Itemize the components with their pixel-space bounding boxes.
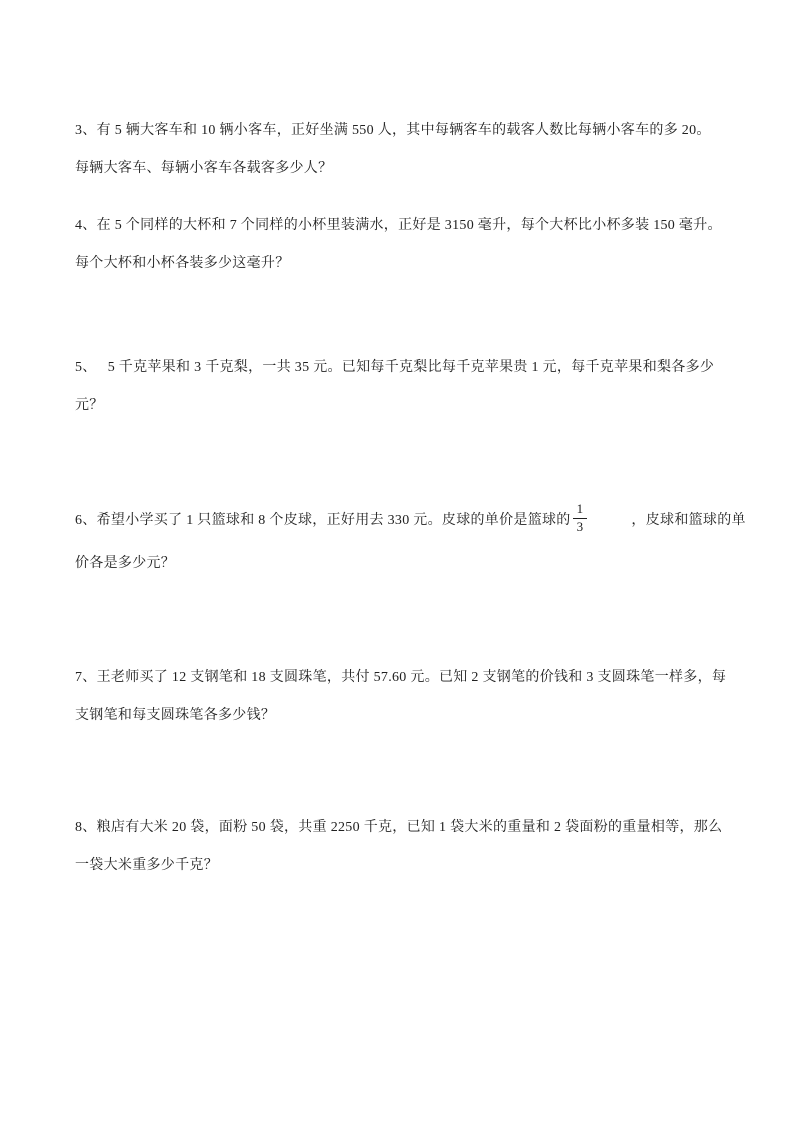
problem-6-line-1: 6、希望小学买了 1 只篮球和 8 个皮球，正好用去 330 元。皮球的单价是篮…	[75, 497, 733, 545]
worksheet-page: 3、有 5 辆大客车和 10 辆小客车，正好坐满 550 人，其中每辆客车的载客…	[0, 0, 793, 1122]
problem-3-line-2: 每辆大客车、每辆小客车各载客多少人？	[75, 150, 733, 188]
problem-7-line-1: 7、王老师买了 12 支钢笔和 18 支圆珠笔，共付 57.60 元。已知 2 …	[75, 659, 733, 697]
problem-3-line-1: 3、有 5 辆大客车和 10 辆小客车，正好坐满 550 人，其中每辆客车的载客…	[75, 112, 733, 150]
fraction-denominator: 3	[573, 519, 588, 535]
fraction-numerator: 1	[573, 502, 588, 519]
worksheet-content: 3、有 5 辆大客车和 10 辆小客车，正好坐满 550 人，其中每辆客车的载客…	[0, 0, 793, 885]
problem-5: 5、 5 千克苹果和 3 千克梨，一共 35 元。已知每千克梨比每千克苹果贵 1…	[75, 349, 733, 425]
problem-6-line-2: 价各是多少元？	[75, 545, 733, 583]
problem-6-line-1-suffix: ，皮球和篮球的单	[631, 513, 745, 528]
problem-7: 7、王老师买了 12 支钢笔和 18 支圆珠笔，共付 57.60 元。已知 2 …	[75, 659, 733, 735]
fraction-one-third: 13	[573, 502, 588, 535]
problem-4-line-1: 4、在 5 个同样的大杯和 7 个同样的小杯里装满水，正好是 3150 毫升，每…	[75, 207, 733, 245]
problem-5-line-1: 5、 5 千克苹果和 3 千克梨，一共 35 元。已知每千克梨比每千克苹果贵 1…	[75, 349, 733, 387]
problem-8-line-2: 一袋大米重多少千克？	[75, 847, 733, 885]
problem-4-line-2: 每个大杯和小杯各装多少这毫升？	[75, 245, 733, 283]
problem-6-line-1-prefix: 6、希望小学买了 1 只篮球和 8 个皮球，正好用去 330 元。皮球的单价是篮…	[75, 513, 571, 528]
problem-8-line-1: 8、粮店有大米 20 袋，面粉 50 袋，共重 2250 千克，已知 1 袋大米…	[75, 809, 733, 847]
problem-4: 4、在 5 个同样的大杯和 7 个同样的小杯里装满水，正好是 3150 毫升，每…	[75, 207, 733, 283]
problem-8: 8、粮店有大米 20 袋，面粉 50 袋，共重 2250 千克，已知 1 袋大米…	[75, 809, 733, 885]
problem-5-line-2: 元？	[75, 387, 733, 425]
problem-7-line-2: 支钢笔和每支圆珠笔各多少钱？	[75, 697, 733, 735]
problem-3: 3、有 5 辆大客车和 10 辆小客车，正好坐满 550 人，其中每辆客车的载客…	[75, 112, 733, 188]
problem-6: 6、希望小学买了 1 只篮球和 8 个皮球，正好用去 330 元。皮球的单价是篮…	[75, 497, 733, 583]
